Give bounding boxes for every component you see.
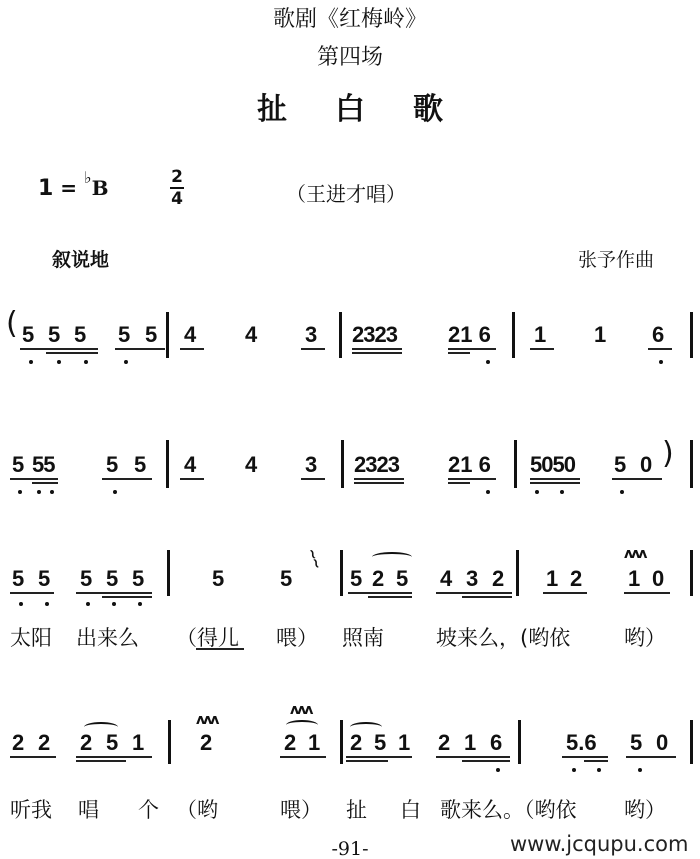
note: 5 xyxy=(132,566,144,592)
note: 5 xyxy=(48,322,60,348)
lyric: 出来么 xyxy=(76,622,139,652)
note: 5 xyxy=(145,322,157,348)
tempo-marking: 叙说地 xyxy=(52,245,109,272)
note: 2 xyxy=(80,730,92,756)
lyric: 坡来么，(哟依 xyxy=(436,622,570,652)
note: 5 xyxy=(106,730,118,756)
note: 4 xyxy=(245,452,257,478)
lyric: 哟） xyxy=(624,794,666,824)
note: 5 xyxy=(118,322,130,348)
mordent-icon: ʌʌʌ xyxy=(624,546,645,562)
note: 5 xyxy=(22,322,34,348)
note: 6 xyxy=(652,322,664,348)
note: 5 xyxy=(80,566,92,592)
note: 3 xyxy=(466,566,478,592)
bar-line xyxy=(512,312,515,358)
note: 5 xyxy=(374,730,386,756)
bar-line xyxy=(514,440,517,488)
song-title: 扯白歌 xyxy=(0,84,700,128)
bar-line xyxy=(518,720,521,764)
mordent-icon: ʌʌʌ xyxy=(290,702,311,718)
note: 0 xyxy=(656,730,668,756)
note: 3 xyxy=(305,322,317,348)
note: 4 xyxy=(184,322,196,348)
lyric: 喂） xyxy=(280,794,322,824)
note-group: 2323 xyxy=(354,452,399,478)
bar-line xyxy=(166,440,169,488)
note: 5 xyxy=(614,452,626,478)
note: 2 xyxy=(372,566,384,592)
note: 5 xyxy=(350,566,362,592)
note: 5 xyxy=(106,452,118,478)
glissando-icon: ~~ xyxy=(303,546,325,570)
bar-line xyxy=(168,720,171,764)
note: 4 xyxy=(440,566,452,592)
note: 5 xyxy=(280,566,292,592)
flat-icon: ♭ xyxy=(84,168,92,187)
note: 0 xyxy=(652,566,664,592)
bar-line xyxy=(166,312,169,358)
slur-icon xyxy=(372,552,412,562)
note: 1 xyxy=(594,322,606,348)
lyric: 唱 xyxy=(78,794,99,824)
bar-line xyxy=(341,440,344,488)
key-note: B xyxy=(92,176,109,200)
lyric: 喂） xyxy=(276,622,318,652)
note-group: 5.6 xyxy=(566,730,597,756)
note: 4 xyxy=(184,452,196,478)
note: 3 xyxy=(305,452,317,478)
note-group: 55 xyxy=(32,452,54,478)
note: 0 xyxy=(640,452,652,478)
note: 1 xyxy=(464,730,476,756)
mordent-icon: ʌʌʌ xyxy=(196,712,217,728)
lyric: 太阳 xyxy=(10,622,52,652)
note: 2 xyxy=(492,566,504,592)
note: 5 xyxy=(212,566,224,592)
note: 5 xyxy=(12,566,24,592)
note: 1 xyxy=(546,566,558,592)
note: 2 xyxy=(200,730,212,756)
note: 2 xyxy=(570,566,582,592)
note-group: 21 6 xyxy=(448,452,491,478)
note-group: 2323 xyxy=(352,322,397,348)
time-bottom: 4 xyxy=(170,190,184,208)
lyric: 个 xyxy=(138,794,159,824)
note: 4 xyxy=(245,322,257,348)
time-top: 2 xyxy=(170,168,184,186)
note: 5 xyxy=(106,566,118,592)
note: 5 xyxy=(134,452,146,478)
score-line-4: 2 2 2 5 1 ʌʌʌ 2 ʌʌʌ 2 1 2 5 1 2 1 6 5.6 … xyxy=(0,690,700,820)
key-one: 1 xyxy=(38,176,53,201)
lyric: 扯 xyxy=(346,794,367,824)
slur-icon xyxy=(286,720,318,730)
score-line-3: 5 5 5 5 5 5 5 ~~ 5 2 5 4 3 2 1 2 ʌʌʌ 1 0… xyxy=(0,550,700,660)
bar-line xyxy=(690,550,693,596)
scene-label: 第四场 xyxy=(0,40,700,71)
bar-line xyxy=(340,720,343,764)
watermark: www.jcqupu.com xyxy=(510,832,688,856)
note: 2 xyxy=(284,730,296,756)
note: 1 xyxy=(628,566,640,592)
note: 1 xyxy=(398,730,410,756)
score-line-1: ( 5 5 5 5 5 4 4 3 2323 21 6 1 1 6 xyxy=(0,300,700,360)
note: 2 xyxy=(12,730,24,756)
open-paren: ( xyxy=(6,306,18,341)
note: 6 xyxy=(490,730,502,756)
note: 5 xyxy=(396,566,408,592)
note: 5 xyxy=(74,322,86,348)
lyric: 照南 xyxy=(342,622,384,652)
note: 2 xyxy=(438,730,450,756)
lyric: （哟 xyxy=(176,794,218,824)
note: 2 xyxy=(38,730,50,756)
score-line-2: 5 55 5 5 4 4 3 2323 21 6 5050 5 0 ) xyxy=(0,430,700,490)
lyric: 听我 xyxy=(10,794,52,824)
note: 5 xyxy=(38,566,50,592)
bar-line xyxy=(339,312,342,358)
note: 5 xyxy=(630,730,642,756)
key-signature: 1 = ♭B xyxy=(38,176,108,201)
lyric: 歌来么。（哟依 xyxy=(440,794,577,824)
note-group: 5050 xyxy=(530,452,575,478)
close-paren: ) xyxy=(662,436,674,471)
note: 2 xyxy=(350,730,362,756)
bar-line xyxy=(690,312,693,358)
note: 5 xyxy=(12,452,24,478)
key-equals: = xyxy=(60,176,77,200)
note-group: 21 6 xyxy=(448,322,491,348)
lyric: 白 xyxy=(400,794,421,824)
singer-label: （王进才唱） xyxy=(286,178,406,207)
time-signature: 2 4 xyxy=(170,168,184,208)
bar-line xyxy=(340,550,343,596)
bar-line xyxy=(690,720,693,764)
lyric: 哟） xyxy=(624,622,666,652)
note: 1 xyxy=(132,730,144,756)
opera-title: 歌剧《红梅岭》 xyxy=(0,2,700,33)
note: 1 xyxy=(534,322,546,348)
note: 1 xyxy=(308,730,320,756)
bar-line xyxy=(516,550,519,596)
bar-line xyxy=(690,440,693,488)
bar-line xyxy=(167,550,170,596)
composer-label: 张予作曲 xyxy=(578,245,654,272)
